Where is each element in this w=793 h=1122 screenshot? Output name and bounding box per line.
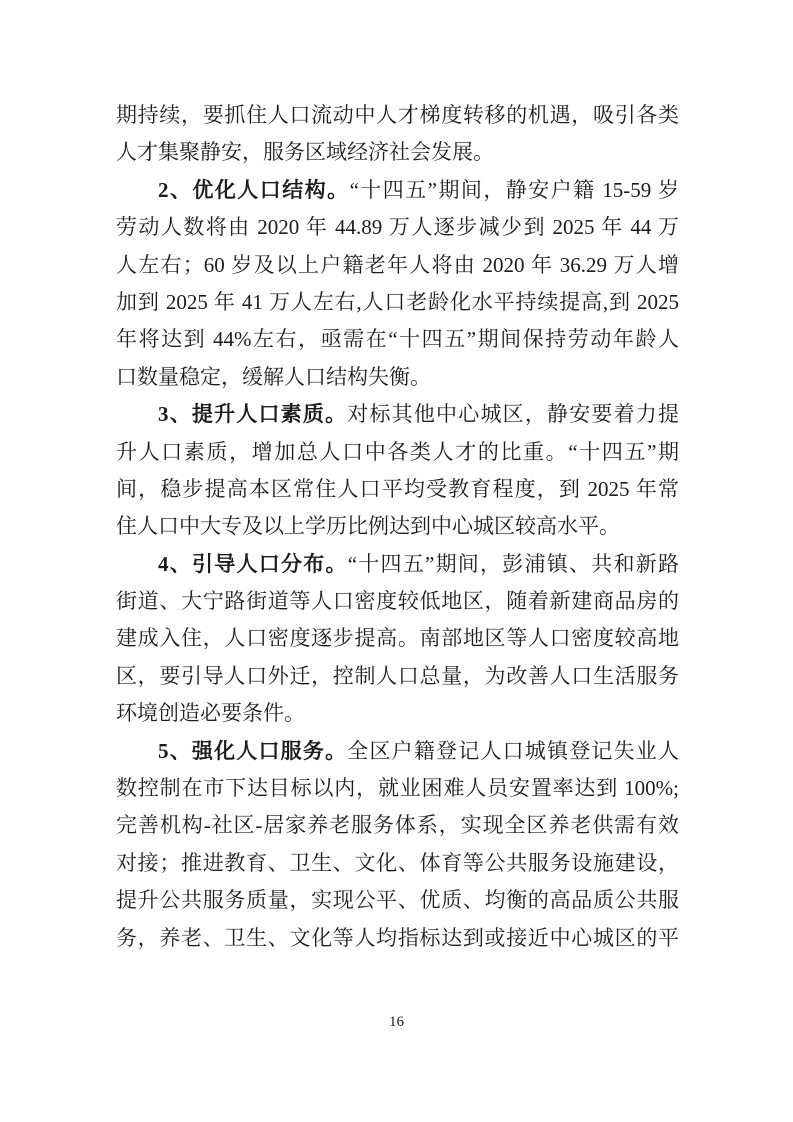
text-line: 劳动人数将由 2020 年 44.89 万人逐步减少到 2025 年 44 万 <box>116 209 679 246</box>
text-line-section-heading: 4、引导人口分布。“十四五”期间，彭浦镇、共和新路 <box>116 546 679 583</box>
text-line: 对接；推进教育、卫生、文化、体育等公共服务设施建设， <box>116 845 679 882</box>
text-line: 年将达到 44%左右，亟需在“十四五”期间保持劳动年龄人 <box>116 321 679 358</box>
text-line: 环境创造必要条件。 <box>116 695 679 732</box>
text-line: 口数量稳定，缓解人口结构失衡。 <box>116 359 679 396</box>
text-line: 完善机构-社区-居家养老服务体系，实现全区养老供需有效 <box>116 807 679 844</box>
text-line: 数控制在市下达目标以内，就业困难人员安置率达到 100%; <box>116 770 679 807</box>
text-line: 街道、大宁路街道等人口密度较低地区，随着新建商品房的 <box>116 583 679 620</box>
text-line-section-heading: 3、提升人口素质。对标其他中心城区，静安要着力提 <box>116 396 679 433</box>
text-line: 提升公共服务质量，实现公平、优质、均衡的高品质公共服 <box>116 882 679 919</box>
text-line: 务，养老、卫生、文化等人均指标达到或接近中心城区的平 <box>116 920 679 957</box>
text-line: 人左右；60 岁及以上户籍老年人将由 2020 年 36.29 万人增 <box>116 247 679 284</box>
page-number: 16 <box>0 1014 793 1031</box>
text-line-section-heading: 2、优化人口结构。“十四五”期间，静安户籍 15-59 岁 <box>116 172 679 209</box>
text-line: 区，要引导人口外迁，控制人口总量，为改善人口生活服务 <box>116 658 679 695</box>
text-line: 人才集聚静安，服务区域经济社会发展。 <box>116 134 679 171</box>
document-page: 期持续，要抓住人口流动中人才梯度转移的机遇，吸引各类 人才集聚静安，服务区域经济… <box>0 0 793 1122</box>
document-body: 期持续，要抓住人口流动中人才梯度转移的机遇，吸引各类 人才集聚静安，服务区域经济… <box>116 97 679 957</box>
text-line-section-heading: 5、强化人口服务。全区户籍登记人口城镇登记失业人 <box>116 733 679 770</box>
text-line: 升人口素质，增加总人口中各类人才的比重。“十四五”期 <box>116 434 679 471</box>
text-line: 期持续，要抓住人口流动中人才梯度转移的机遇，吸引各类 <box>116 97 679 134</box>
text-line: 间，稳步提高本区常住人口平均受教育程度，到 2025 年常 <box>116 471 679 508</box>
text-line: 住人口中大专及以上学历比例达到中心城区较高水平。 <box>116 508 679 545</box>
text-line: 加到 2025 年 41 万人左右,人口老龄化水平持续提高,到 2025 <box>116 284 679 321</box>
text-line: 建成入住，人口密度逐步提高。南部地区等人口密度较高地 <box>116 620 679 657</box>
